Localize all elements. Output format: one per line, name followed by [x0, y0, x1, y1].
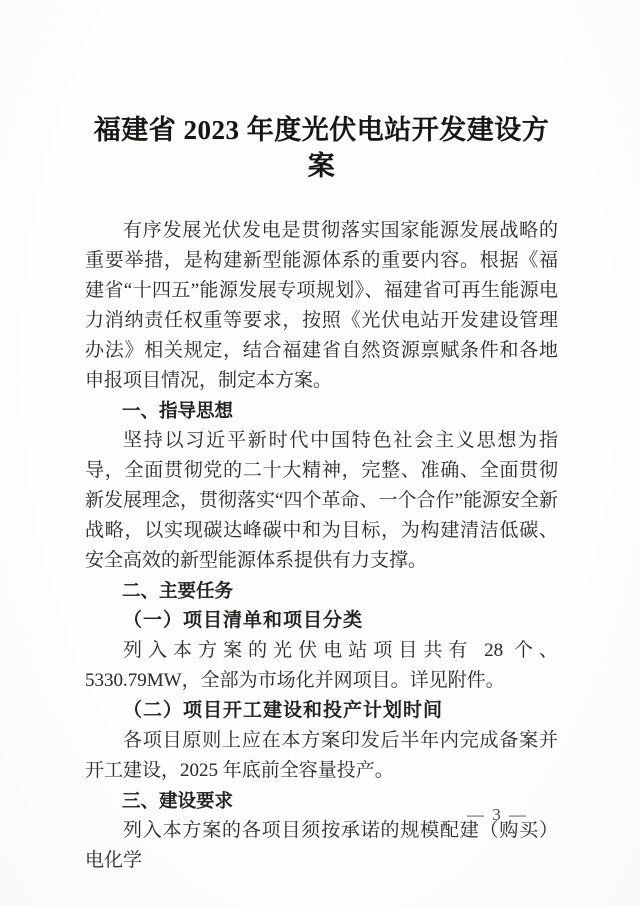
page-number: — 3 —: [467, 804, 528, 826]
subheading-construction-schedule: （二）项目开工建设和投产计划时间: [85, 696, 558, 726]
document-page: 福建省 2023 年度光伏电站开发建设方案 有序发展光伏发电是贯彻落实国家能源发…: [0, 0, 640, 906]
paragraph-intro: 有序发展光伏发电是贯彻落实国家能源发展战略的重要举措，是构建新型能源体系的重要内…: [85, 216, 558, 396]
paragraph-project-list: 列入本方案的光伏电站项目共有 28 个、5330.79MW，全部为市场化并网项目…: [85, 636, 558, 696]
paragraph-construction-schedule: 各项目原则上应在本方案印发后半年内完成备案并开工建设，2025 年底前全容量投产…: [85, 726, 558, 786]
document-content: 福建省 2023 年度光伏电站开发建设方案 有序发展光伏发电是贯彻落实国家能源发…: [85, 112, 558, 876]
subheading-project-list: （一）项目清单和项目分类: [85, 606, 558, 636]
document-title: 福建省 2023 年度光伏电站开发建设方案: [85, 112, 558, 184]
heading-guiding-ideology: 一、指导思想: [85, 396, 558, 426]
paragraph-guiding-ideology: 坚持以习近平新时代中国特色社会主义思想为指导，全面贯彻党的二十大精神，完整、准确…: [85, 426, 558, 576]
heading-main-tasks: 二、主要任务: [85, 576, 558, 606]
